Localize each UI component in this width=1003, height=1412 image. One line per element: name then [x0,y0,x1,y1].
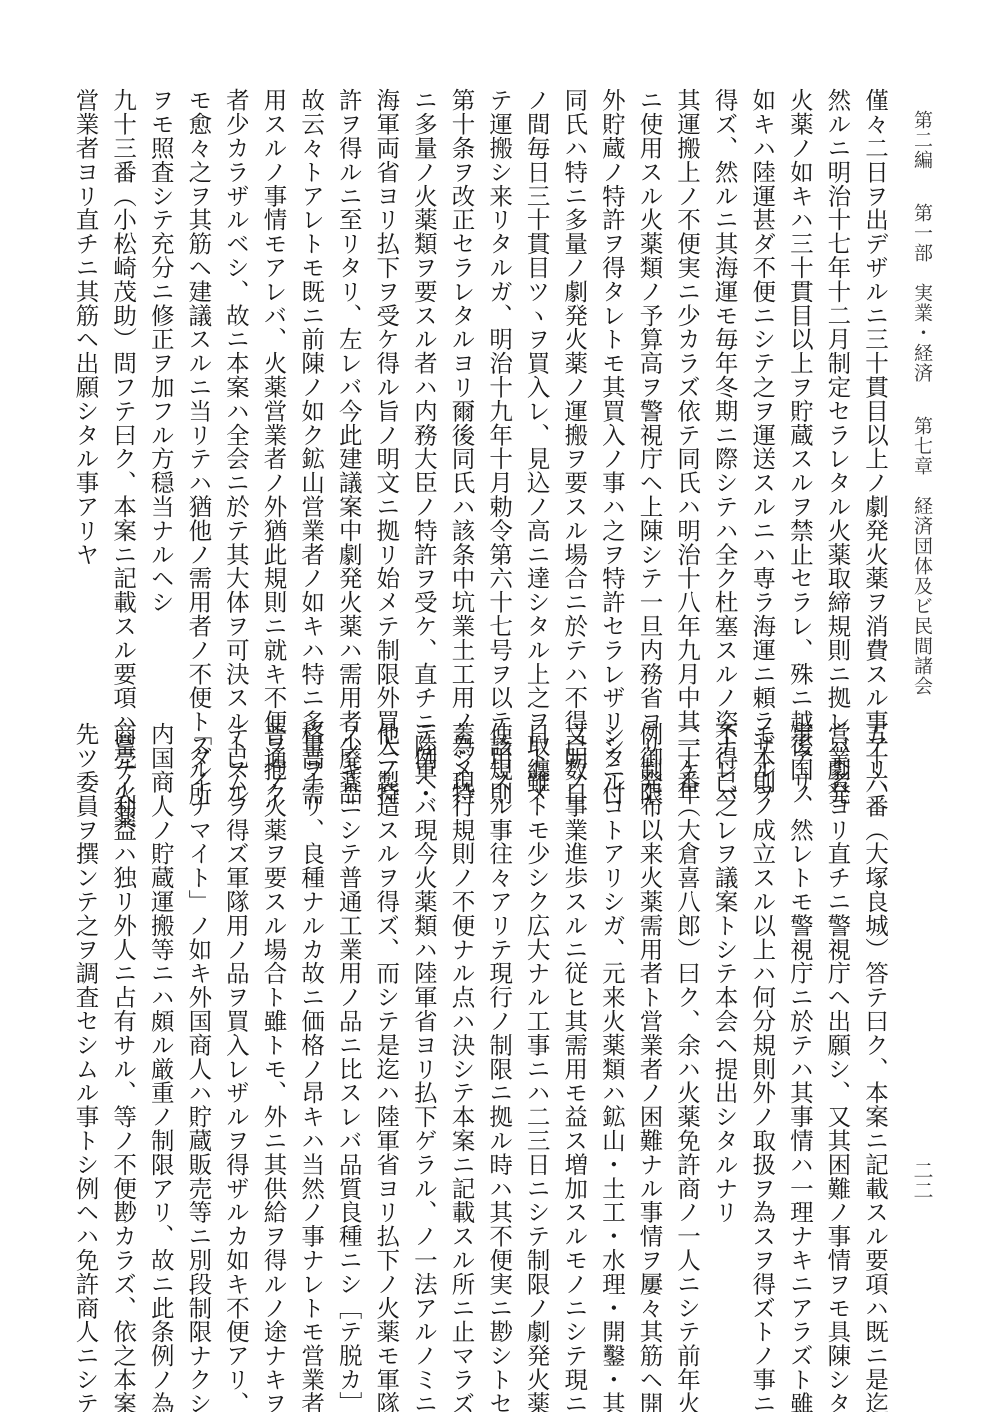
text-column: 得ズ、然ルニ其海運モ毎年冬期ニ際シテハ全ク杜塞スルノ姿ナレバ [705,88,743,688]
text-column: 海軍両省ヨリ払下ヲ受ケ得ル旨ノ明文ニ拠リ始メテ制限外買入ノ特 [367,88,405,688]
text-column: 格高ナリ、良種ナルカ故ニ価格ノ昂キハ当然ノ事ナレトモ営業者ガ [292,722,330,1322]
page-number: 二二 [908,1160,937,1200]
text-column: 二十番（大倉喜八郎）曰ク、余ハ火薬免許商ノ一人ニシテ前年火薬条 [667,722,705,1322]
text-column: 商売ノ利益ハ独リ外人ニ占有サル、等ノ不便尠カラズ、依之本案ハ [104,722,142,1322]
text-column: 事アリ、然レトモ警視庁ニ於テハ其事情ハ一理ナキニアラズト雖ト [780,722,818,1322]
text-column: 五十六番（大塚良城）答テ曰ク、本案ニ記載スル要項ハ既ニ是迄火薬 [855,722,893,1322]
text-column: 同氏ハ特ニ多量ノ劇発火薬ノ運搬ヲ要スル場合ニ於テハ不得已数日 [555,88,593,688]
text-column: 第十条ヲ改正セラレタルヨリ爾後同氏ハ該条中坑業土工用ノ為メ特 [442,88,480,688]
text-column: 用スルノ事情モアレバ、火薬営業者ノ外猶此規則ニ就キ不便ヲ抱ク [254,88,292,688]
text-column: 其運搬上ノ不便実ニ少カラズ依テ同氏ハ明治十八年九月中其一ケ年 [667,88,705,688]
text-column: 不得已之レヲ議案トシテ本会ヘ提出シタルナリ [705,722,743,1322]
header-part: 第二編 [909,110,936,170]
text-column: ヲモ照査シテ充分ニ修正ヲ加フル方穏当ナルヘシ [141,88,179,688]
upper-text-block: 僅々二日ヲ出デザルニ三十貫目以上ノ劇発火薬ヲ消費スル事アリ、 然ルニ明治十七年十… [93,88,893,688]
text-column: 蓋シ現行規則ノ不便ナル点ハ決シテ本案ニ記載スル所ニ止マラズシ [442,722,480,1322]
lower-text-block: 五十六番（大塚良城）答テ曰ク、本案ニ記載スル要項ハ既ニ是迄火薬 営業者ヨリ直チニ… [93,722,893,1322]
text-column: 許ヲ得ルニ至リタリ、左レバ今此建議案中劇発火薬ハ需用者少キ品 [329,88,367,688]
running-header: 第二編 第一部 実業・経済 第七章 経済団体及ビ民間諸会 [900,110,936,690]
text-column: 使用スル事往々アリテ現行ノ制限ニ拠ル時ハ其不便実ニ尠シトセズ [479,722,517,1322]
text-column: 営業者ヨリ直チニ其筋ヘ出願シタル事アリヤ [66,88,104,688]
text-column: ニ使用スル火薬類ノ予算高ヲ警視庁ヘ上陳シテ一旦内務省ヨリ制限 [630,88,668,688]
text-column: テ運搬シ来リタルガ、明治十九年十月勅令第六十七号ヲ以テ該規則 [479,88,517,688]
text-column: 内国商人ノ貯蔵運搬等ニハ頗ル厳重ノ制限アリ、故ニ此条例ノ為メ [141,722,179,1322]
text-column: 文明ノ事業進歩スルニ従ヒ其需用モ益ス増加スルモノニシテ現ニ今 [555,722,593,1322]
text-column: 他ニ製造スルヲ得ズ、而シテ是迄ハ陸軍省ヨリ払下ノ火薬モ軍隊用 [367,722,405,1322]
text-column: ニ多量ノ火薬類ヲ要スル者ハ内務大臣ノ特許ヲ受ケ、直チニ陸軍・ [404,88,442,688]
text-column: ノ間毎日三十貫目ツヽヲ買入レ、見込ノ高ニ達シタル上之ヲ取纏メ [517,88,555,688]
text-column: 僅々二日ヲ出デザルニ三十貫目以上ノ劇発火薬ヲ消費スル事アリ、 [855,88,893,688]
text-column: モ愈々之ヲ其筋ヘ建議スルニ当リテハ猶他ノ需用者ノ不便トスル所 [179,88,217,688]
text-column: シタルコトアリシガ、元来火薬類ハ鉱山・土工・水理・開鑿・其他 [592,722,630,1322]
header-chapter: 第七章 経済団体及ビ民間諸会 [909,416,936,696]
text-column: 外貯蔵ノ特許ヲ得タレトモ其買入ノ事ハ之ヲ特許セラレザリシニ付 [592,88,630,688]
text-column: モ本則ノ成立スル以上ハ何分規則外ノ取扱ヲ為スヲ得ズトノ事ニ付 [743,722,781,1322]
text-column: 者少カラザルベシ、故ニ本案ハ全会ニ於テ其大体ヲ可決スルトスル [216,88,254,688]
text-column: 火薬ノ如キハ三十貫目以上ヲ貯蔵スルヲ禁止セラレ、殊ニ越後国ノ [780,88,818,688]
text-column: テ例ヘバ現今火薬類ハ陸軍省ヨリ払下ゲラル、ノ一法アルノミニテ [404,722,442,1322]
text-column: 例御発布以来火薬需用者ト営業者ノ困難ナル事情ヲ屢々其筋ヘ開陳 [630,722,668,1322]
text-column: 普通ノ火薬ヲ要スル場合ト雖トモ、外ニ其供給ヲ得ルノ途ナキヲ以 [254,722,292,1322]
text-column: 「ダイナマイト」ノ如キ外国商人ハ貯蔵販売等ニ別段制限ナクシテ [179,722,217,1322]
text-column: 先ツ委員ヲ撰ンテ之ヲ調査セシムル事トシ例ヘハ免許商人ニシテ若 [66,722,104,1322]
text-column: テ已ムヲ得ズ軍隊用ノ品ヲ買入レザルヲ得ザルカ如キ不便アリ、又 [216,722,254,1322]
text-column: ノ廃薬ニシテ普通工業用ノ品ニ比スレバ品質良種ニシ［テ脱カ］随テ其価モ稍 [329,722,367,1322]
text-column: 然ルニ明治十七年十二月制定セラレタル火薬取締規則ニ拠レバ劇発 [818,88,856,688]
text-column: 如キハ陸運甚ダ不便ニシテ之ヲ運送スルニハ専ラ海運ニ頼ラザルヲ [743,88,781,688]
text-column: 営業者ヨリ直チニ警視庁ヘ出願シ、又其困難ノ事情ヲモ具陳シタル [818,722,856,1322]
header-section: 第一部 実業・経済 [909,203,936,383]
text-column: 九十三番（小松崎茂助）問フテ曰ク、本案ニ記載スル要項ハ嘗テ火薬 [104,88,142,688]
text-column: 故云々トアレトモ既ニ前陳ノ如ク鉱山営業者ノ如キハ特ニ多量ヲ需 [292,88,330,688]
text-column: 日ト雖トモ少シク広大ナル工事ニハ二三日ニシテ制限ノ劇発火薬ヲ [517,722,555,1322]
